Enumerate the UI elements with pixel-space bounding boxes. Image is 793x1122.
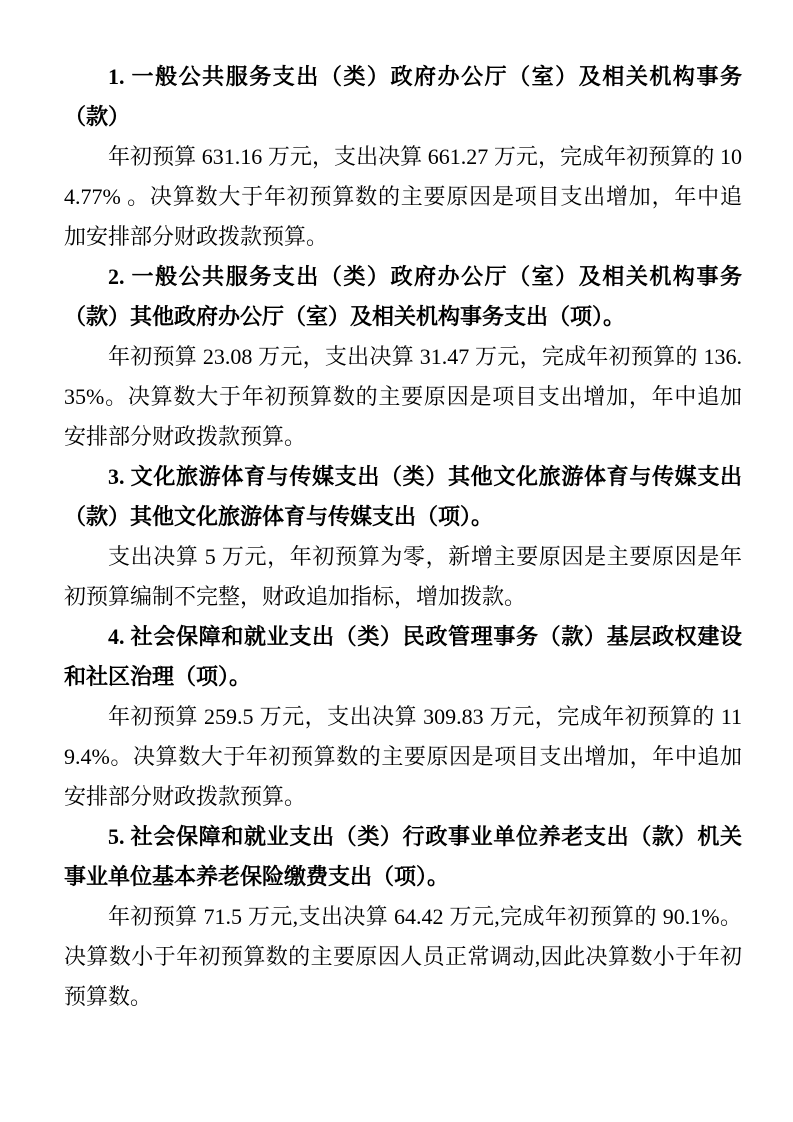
section-1-heading: 1. 一般公共服务支出（类）政府办公厅（室）及相关机构事务（款） bbox=[64, 57, 742, 137]
budget-section-5: 5. 社会保障和就业支出（类）行政事业单位养老支出（款）机关事业单位基本养老保险… bbox=[64, 817, 742, 1017]
section-1-body: 年初预算 631.16 万元，支出决算 661.27 万元，完成年初预算的 10… bbox=[64, 137, 742, 257]
section-5-heading: 5. 社会保障和就业支出（类）行政事业单位养老支出（款）机关事业单位基本养老保险… bbox=[64, 817, 742, 897]
budget-section-1: 1. 一般公共服务支出（类）政府办公厅（室）及相关机构事务（款） 年初预算 63… bbox=[64, 57, 742, 257]
document-page: 1. 一般公共服务支出（类）政府办公厅（室）及相关机构事务（款） 年初预算 63… bbox=[0, 0, 793, 1122]
budget-section-3: 3. 文化旅游体育与传媒支出（类）其他文化旅游体育与传媒支出（款）其他文化旅游体… bbox=[64, 457, 742, 617]
section-3-heading: 3. 文化旅游体育与传媒支出（类）其他文化旅游体育与传媒支出（款）其他文化旅游体… bbox=[64, 457, 742, 537]
section-4-heading: 4. 社会保障和就业支出（类）民政管理事务（款）基层政权建设和社区治理（项）。 bbox=[64, 617, 742, 697]
budget-section-2: 2. 一般公共服务支出（类）政府办公厅（室）及相关机构事务（款）其他政府办公厅（… bbox=[64, 257, 742, 457]
section-5-body: 年初预算 71.5 万元,支出决算 64.42 万元,完成年初预算的 90.1%… bbox=[64, 897, 742, 1017]
section-4-body: 年初预算 259.5 万元，支出决算 309.83 万元，完成年初预算的 119… bbox=[64, 697, 742, 817]
budget-section-4: 4. 社会保障和就业支出（类）民政管理事务（款）基层政权建设和社区治理（项）。 … bbox=[64, 617, 742, 817]
section-2-heading: 2. 一般公共服务支出（类）政府办公厅（室）及相关机构事务（款）其他政府办公厅（… bbox=[64, 257, 742, 337]
section-3-body: 支出决算 5 万元，年初预算为零，新增主要原因是主要原因是年初预算编制不完整，财… bbox=[64, 537, 742, 617]
section-2-body: 年初预算 23.08 万元，支出决算 31.47 万元，完成年初预算的 136.… bbox=[64, 337, 742, 457]
